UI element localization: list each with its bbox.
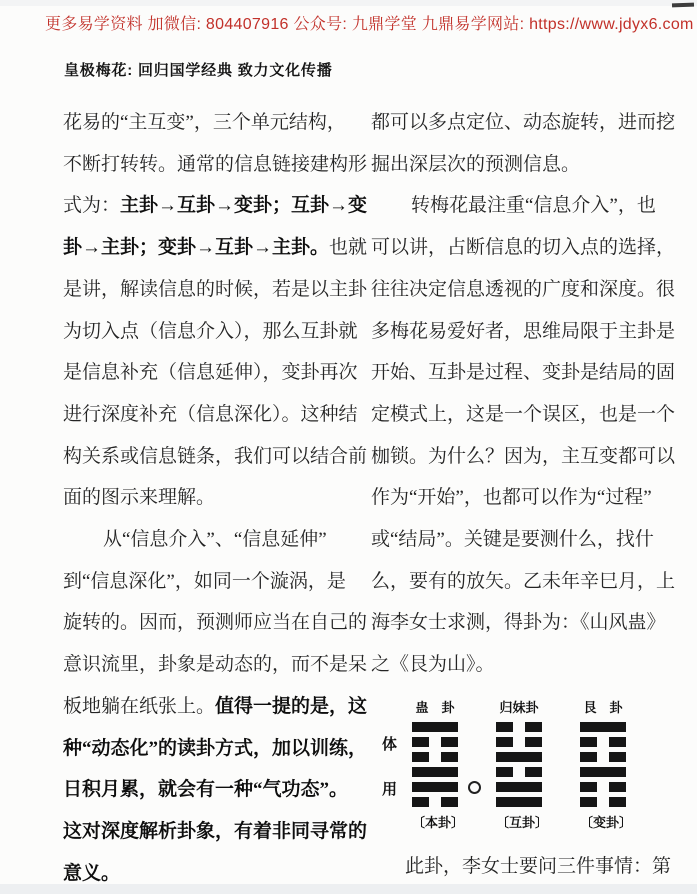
text-segment: 面的图示来理解。 (63, 487, 215, 508)
bold-text-segment: 种“动态化”的读卦方式，加以训练， (63, 738, 367, 759)
text-segment: 进行深度补充（信息深化）。这种结 (63, 404, 358, 425)
bold-text-segment: 值得一提的是，这 (215, 696, 367, 717)
text-segment: 往往决定信息透视的广度和深度。很 (371, 279, 675, 300)
text-line: 面的图示来理解。 (63, 477, 365, 519)
text-line: 往往决定信息透视的广度和深度。很 (371, 269, 673, 311)
text-line: 从“信息介入”、“信息延伸” (63, 519, 365, 561)
text-line: 到“信息深化”，如同一个漩涡，是 (63, 561, 365, 603)
bold-text-segment: 卦→主卦；变卦→互卦→主卦。 (63, 237, 329, 258)
hexagram-title: 艮 卦 (580, 700, 626, 716)
text-segment: 可以讲，占断信息的切入点的选择， (371, 237, 675, 258)
text-segment: 板地躺在纸张上。 (63, 696, 215, 717)
text-line: 可以讲，占断信息的切入点的选择， (371, 227, 673, 269)
text-line: 开始、互卦是过程、变卦是结局的固 (371, 352, 673, 394)
hexagram-line-broken (496, 722, 542, 732)
hexagram-line-broken (580, 752, 626, 762)
text-line: 转梅花最注重“信息介入”，也 (371, 185, 673, 227)
text-line: 种“动态化”的读卦方式，加以训练， (63, 728, 365, 770)
hexagram-line-solid (580, 767, 626, 777)
hexagram-line-broken (580, 797, 626, 807)
text-segment: 作为“开始”，也都可以作为“过程” (371, 487, 652, 508)
hexagram-line-broken (412, 752, 458, 762)
text-line: 或“结局”。关键是要测什么，找什 (371, 519, 673, 561)
yong-label: 用 (382, 778, 397, 799)
text-line: 都可以多点定位、动态旋转，进而挖 (371, 102, 673, 144)
left-text-column: 花易的“主互变”，三个单元结构，不断打转转。通常的信息链接建构形式为：主卦→互卦… (63, 102, 365, 894)
hexagram-line-broken (496, 737, 542, 747)
text-segment: 枷锁。为什么？因为，主互变都可以 (371, 446, 675, 467)
text-segment: 是讲，解读信息的时候，若是以主卦 (63, 279, 367, 300)
bold-text-segment: 这对深度解析卦象，有着非同寻常的 (63, 821, 367, 842)
hexagram-caption: 〔本卦〕 (412, 812, 458, 831)
text-segment: 花易的“主互变”，三个单元结构， (63, 112, 346, 133)
bold-text-segment: 日积月累，就会有一种“气功态”。 (63, 779, 348, 800)
text-segment: 之《艮为山》。 (371, 654, 495, 675)
text-segment: 或“结局”。关键是要测什么，找什 (371, 529, 654, 550)
text-line: 定模式上，这是一个误区，也是一个 (371, 394, 673, 436)
text-segment: 为切入点（信息介入），那么互卦就 (63, 321, 358, 342)
hexagram-caption: 〔互卦〕 (496, 812, 542, 831)
hexagram: 艮 卦〔变卦〕 (580, 700, 626, 831)
text-segment: 到“信息深化”，如同一个漩涡，是 (63, 571, 346, 592)
text-segment: 都可以多点定位、动态旋转，进而挖 (371, 112, 675, 133)
hexagram-set: 蛊 卦〔本卦〕归妹卦〔互卦〕艮 卦〔变卦〕 (412, 700, 626, 831)
text-segment: 旋转的。因而，预测师应当在自己的 (63, 612, 367, 633)
hexagram: 归妹卦〔互卦〕 (496, 700, 542, 831)
hexagram-line-broken (580, 737, 626, 747)
page-header: 皇极梅花: 回归国学经典 致力文化传播 (64, 59, 333, 80)
hexagram-line-broken (412, 737, 458, 747)
text-line: 旋转的。因而，预测师应当在自己的 (63, 602, 365, 644)
text-segment: 海李女士求测，得卦为：《山风蛊》 (371, 612, 666, 633)
text-line: 意识流里，卦象是动态的，而不是呆 (63, 644, 365, 686)
text-line: 为切入点（信息介入），那么互卦就 (63, 311, 365, 353)
text-line: 这对深度解析卦象，有着非同寻常的 (63, 811, 365, 853)
text-segment: 不断打转转。通常的信息链接建构形 (63, 154, 367, 175)
text-line: 掘出深层次的预测信息。 (371, 144, 673, 186)
hexagram-line-solid (412, 722, 458, 732)
text-segment: 掘出深层次的预测信息。 (371, 154, 580, 175)
hexagram-diagram: 体 用 蛊 卦〔本卦〕归妹卦〔互卦〕艮 卦〔变卦〕 (371, 700, 681, 850)
closing-text-line: 此卦，李女士要问三件事情：第 (405, 851, 671, 878)
hexagram-line-broken (580, 782, 626, 792)
text-line: 构关系或信息链条，我们可以结合前 (63, 436, 365, 478)
text-segment: 开始、互卦是过程、变卦是结局的固 (371, 362, 675, 383)
text-line: 式为：主卦→互卦→变卦；互卦→变 (63, 185, 365, 227)
text-line: 之《艮为山》。 (371, 644, 673, 686)
text-line: 多梅花易爱好者，思维局限于主卦是 (371, 311, 673, 353)
text-segment: 意识流里，卦象是动态的，而不是呆 (63, 654, 367, 675)
hexagram-caption: 〔变卦〕 (580, 812, 626, 831)
text-segment: 从“信息介入”、“信息延伸” (103, 529, 327, 550)
text-line: 是信息补充（信息延伸），变卦再次 (63, 352, 365, 394)
text-line: 进行深度补充（信息深化）。这种结 (63, 394, 365, 436)
text-line: 板地躺在纸张上。值得一提的是，这 (63, 686, 365, 728)
hexagram-title: 归妹卦 (496, 700, 542, 716)
text-segment: 么，要有的放矢。乙未年辛巳月，上 (371, 571, 675, 592)
right-text-column: 都可以多点定位、动态旋转，进而挖掘出深层次的预测信息。转梅花最注重“信息介入”，… (371, 102, 673, 686)
bold-text-segment: 主卦→互卦→变卦；互卦→变 (120, 195, 367, 216)
ti-label: 体 (382, 733, 397, 754)
text-line: 卦→主卦；变卦→互卦→主卦。也就 (63, 227, 365, 269)
text-line: 作为“开始”，也都可以作为“过程” (371, 477, 673, 519)
text-line: 么，要有的放矢。乙未年辛巳月，上 (371, 561, 673, 603)
hexagram-line-broken (412, 797, 458, 807)
text-segment: 定模式上，这是一个误区，也是一个 (371, 404, 675, 425)
text-line: 花易的“主互变”，三个单元结构， (63, 102, 365, 144)
text-segment: 式为： (63, 195, 120, 216)
text-segment: 构关系或信息链条，我们可以结合前 (63, 446, 367, 467)
text-line: 枷锁。为什么？因为，主互变都可以 (371, 436, 673, 478)
hexagram-line-solid (496, 782, 542, 792)
scanned-document-page: 更多易学资料 加微信: 804407916 公众号: 九鼎学堂 九鼎易学网站: … (0, 0, 697, 894)
text-segment: 转梅花最注重“信息介入”，也 (411, 195, 656, 216)
scan-edge-top (0, 0, 697, 6)
promo-notice-line: 更多易学资料 加微信: 804407916 公众号: 九鼎学堂 九鼎易学网站: … (45, 11, 685, 34)
hexagram-line-solid (496, 797, 542, 807)
text-segment: 多梅花易爱好者，思维局限于主卦是 (371, 321, 675, 342)
hexagram-line-broken (496, 767, 542, 777)
hexagram-line-solid (412, 767, 458, 777)
text-line: 是讲，解读信息的时候，若是以主卦 (63, 269, 365, 311)
hexagram: 蛊 卦〔本卦〕 (412, 700, 458, 831)
text-segment: 也就 (329, 237, 367, 258)
hexagram-line-solid (496, 752, 542, 762)
text-line: 不断打转转。通常的信息链接建构形 (63, 144, 365, 186)
scan-artifact-dash (672, 3, 694, 8)
hexagram-title: 蛊 卦 (412, 700, 458, 716)
bold-text-segment: 意义。 (63, 863, 120, 884)
hexagram-line-solid (412, 782, 458, 792)
text-line: 海李女士求测，得卦为：《山风蛊》 (371, 602, 673, 644)
text-line: 日积月累，就会有一种“气功态”。 (63, 769, 365, 811)
hexagram-line-solid (580, 722, 626, 732)
scan-edge-bottom (0, 884, 697, 894)
text-segment: 是信息补充（信息延伸），变卦再次 (63, 362, 358, 383)
